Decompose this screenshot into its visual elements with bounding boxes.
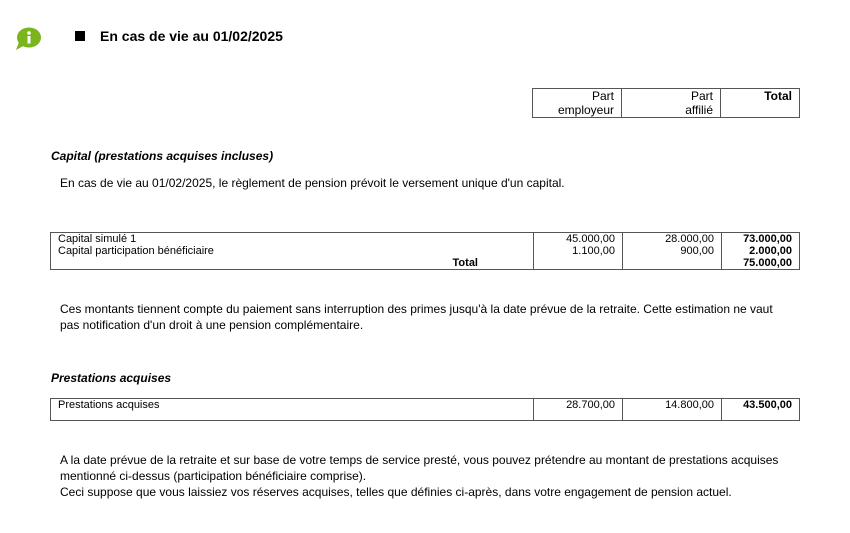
column-employer: Part employeur [533,89,622,118]
capital-total-label: Total [58,257,526,269]
capital-section-title: Capital (prestations acquises incluses) [51,149,273,163]
acquired-table-row: Prestations acquises 28.700,00 14.800,00… [51,399,800,421]
capital-table: Capital simulé 1 Capital participation b… [50,232,800,270]
column-affiliate: Part affilié [622,89,721,118]
acquired-table: Prestations acquises 28.700,00 14.800,00… [50,398,800,421]
info-speech-bubble-icon[interactable] [14,27,42,51]
capital-intro: En cas de vie au 01/02/2025, le règlemen… [60,175,565,191]
square-bullet-icon [75,31,85,41]
acquired-section-title: Prestations acquises [51,371,171,385]
capital-note: Ces montants tiennent compte du paiement… [60,301,790,333]
column-total: Total [721,89,800,118]
page-title: En cas de vie au 01/02/2025 [100,28,283,44]
acquired-note: A la date prévue de la retraite et sur b… [60,452,780,500]
capital-total-value: 75.000,00 [729,257,792,269]
column-header-table: Part employeur Part affilié Total [532,88,800,118]
capital-table-row: Capital simulé 1 Capital participation b… [51,233,800,270]
